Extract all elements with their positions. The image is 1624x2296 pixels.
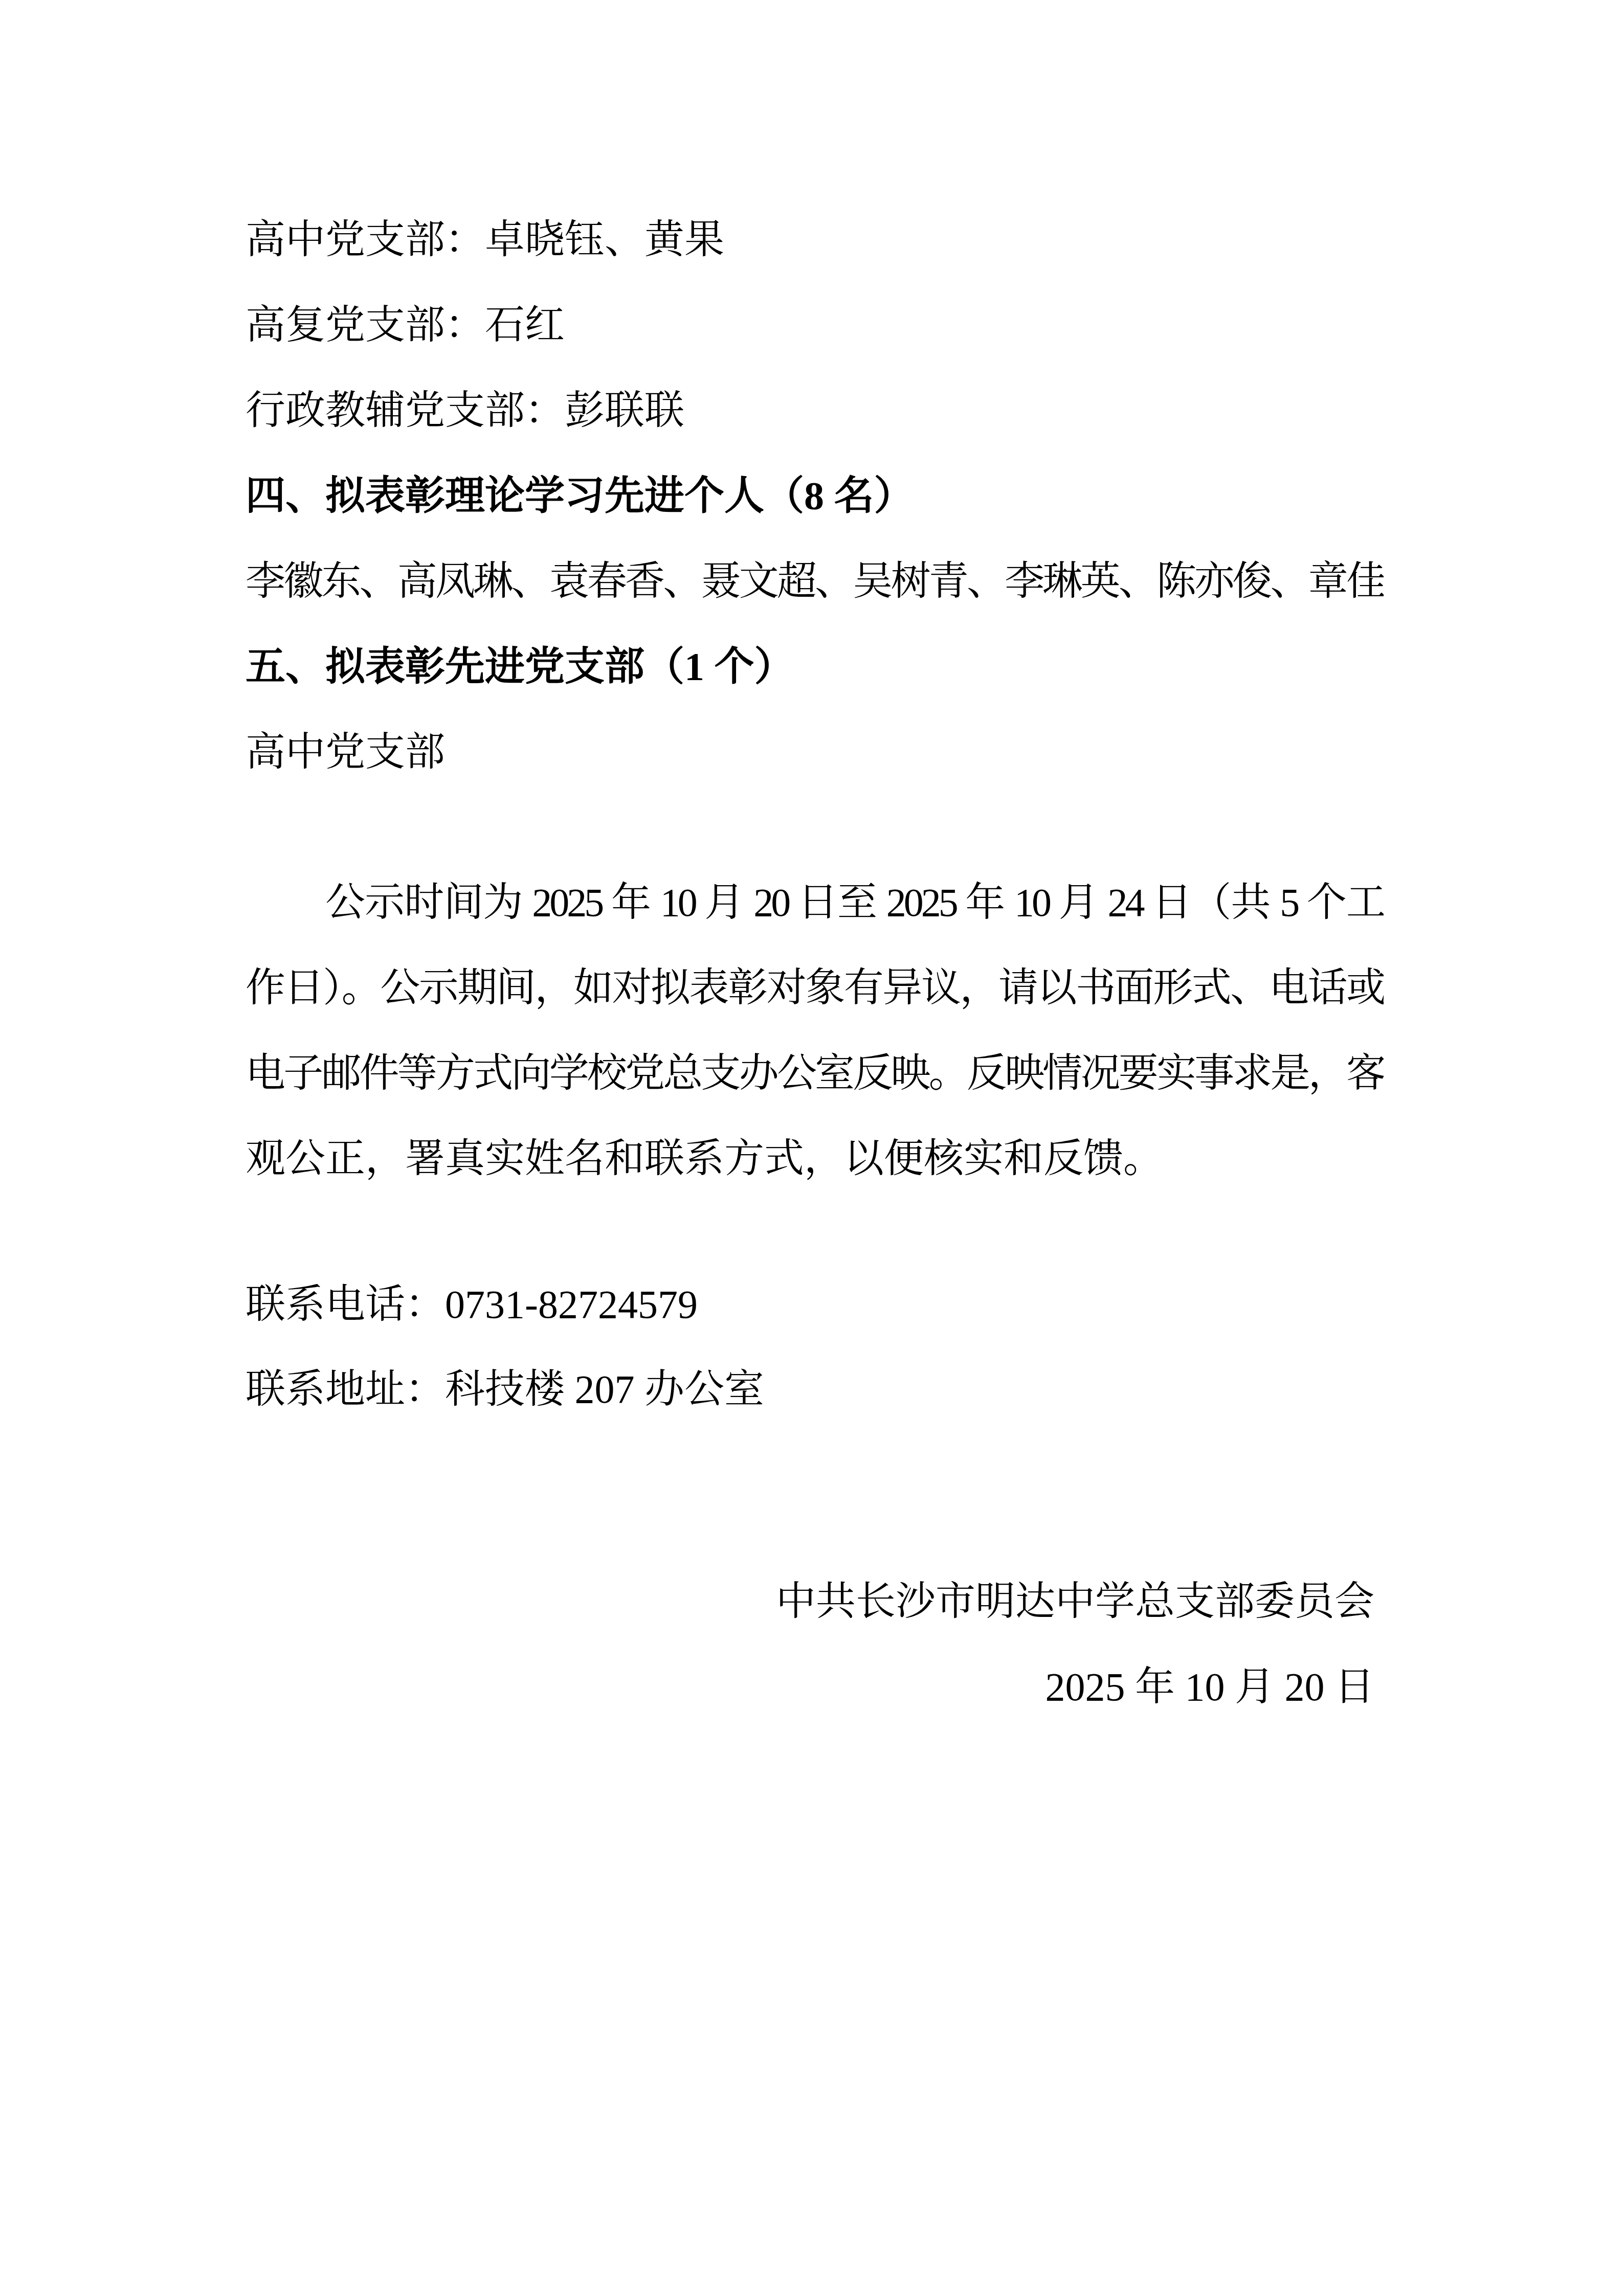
- notice-paragraph-line-1: 公示时间为 2025 年 10 月 20 日至 2025 年 10 月 24 日…: [246, 860, 1384, 945]
- notice-paragraph-line-3: 电子邮件等方式向学校党总支办公室反映。反映情况要实事求是，客: [246, 1030, 1384, 1116]
- section-4-names-line: 李徽东、高凤琳、袁春香、聂文超、吴树青、李琳英、陈亦俊、章佳: [246, 538, 1384, 624]
- notice-paragraph-line-2: 作日）。公示期间，如对拟表彰对象有异议，请以书面形式、电话或: [246, 945, 1384, 1030]
- section-4-heading: 四、拟表彰理论学习先进个人（8 名）: [246, 453, 1384, 538]
- section-5-heading: 五、拟表彰先进党支部（1 个）: [246, 624, 1384, 709]
- party-branch-line-3: 行政教辅党支部：彭联联: [246, 368, 1384, 453]
- contact-phone-line: 联系电话：0731-82724579: [246, 1262, 1384, 1347]
- section-5-branch-name: 高中党支部: [246, 709, 1384, 795]
- notice-paragraph-line-4: 观公正，署真实姓名和联系方式，以便核实和反馈。: [246, 1116, 1384, 1201]
- party-branch-line-1: 高中党支部：卓晓钰、黄果: [246, 197, 1384, 282]
- document-page: 高中党支部：卓晓钰、黄果 高复党支部：石红 行政教辅党支部：彭联联 四、拟表彰理…: [0, 0, 1624, 2296]
- signature-date-line: 2025 年 10 月 20 日: [246, 1644, 1384, 1729]
- signature-committee-line: 中共长沙市明达中学总支部委员会: [246, 1559, 1384, 1644]
- party-branch-line-2: 高复党支部：石红: [246, 282, 1384, 368]
- contact-address-line: 联系地址：科技楼 207 办公室: [246, 1346, 1384, 1432]
